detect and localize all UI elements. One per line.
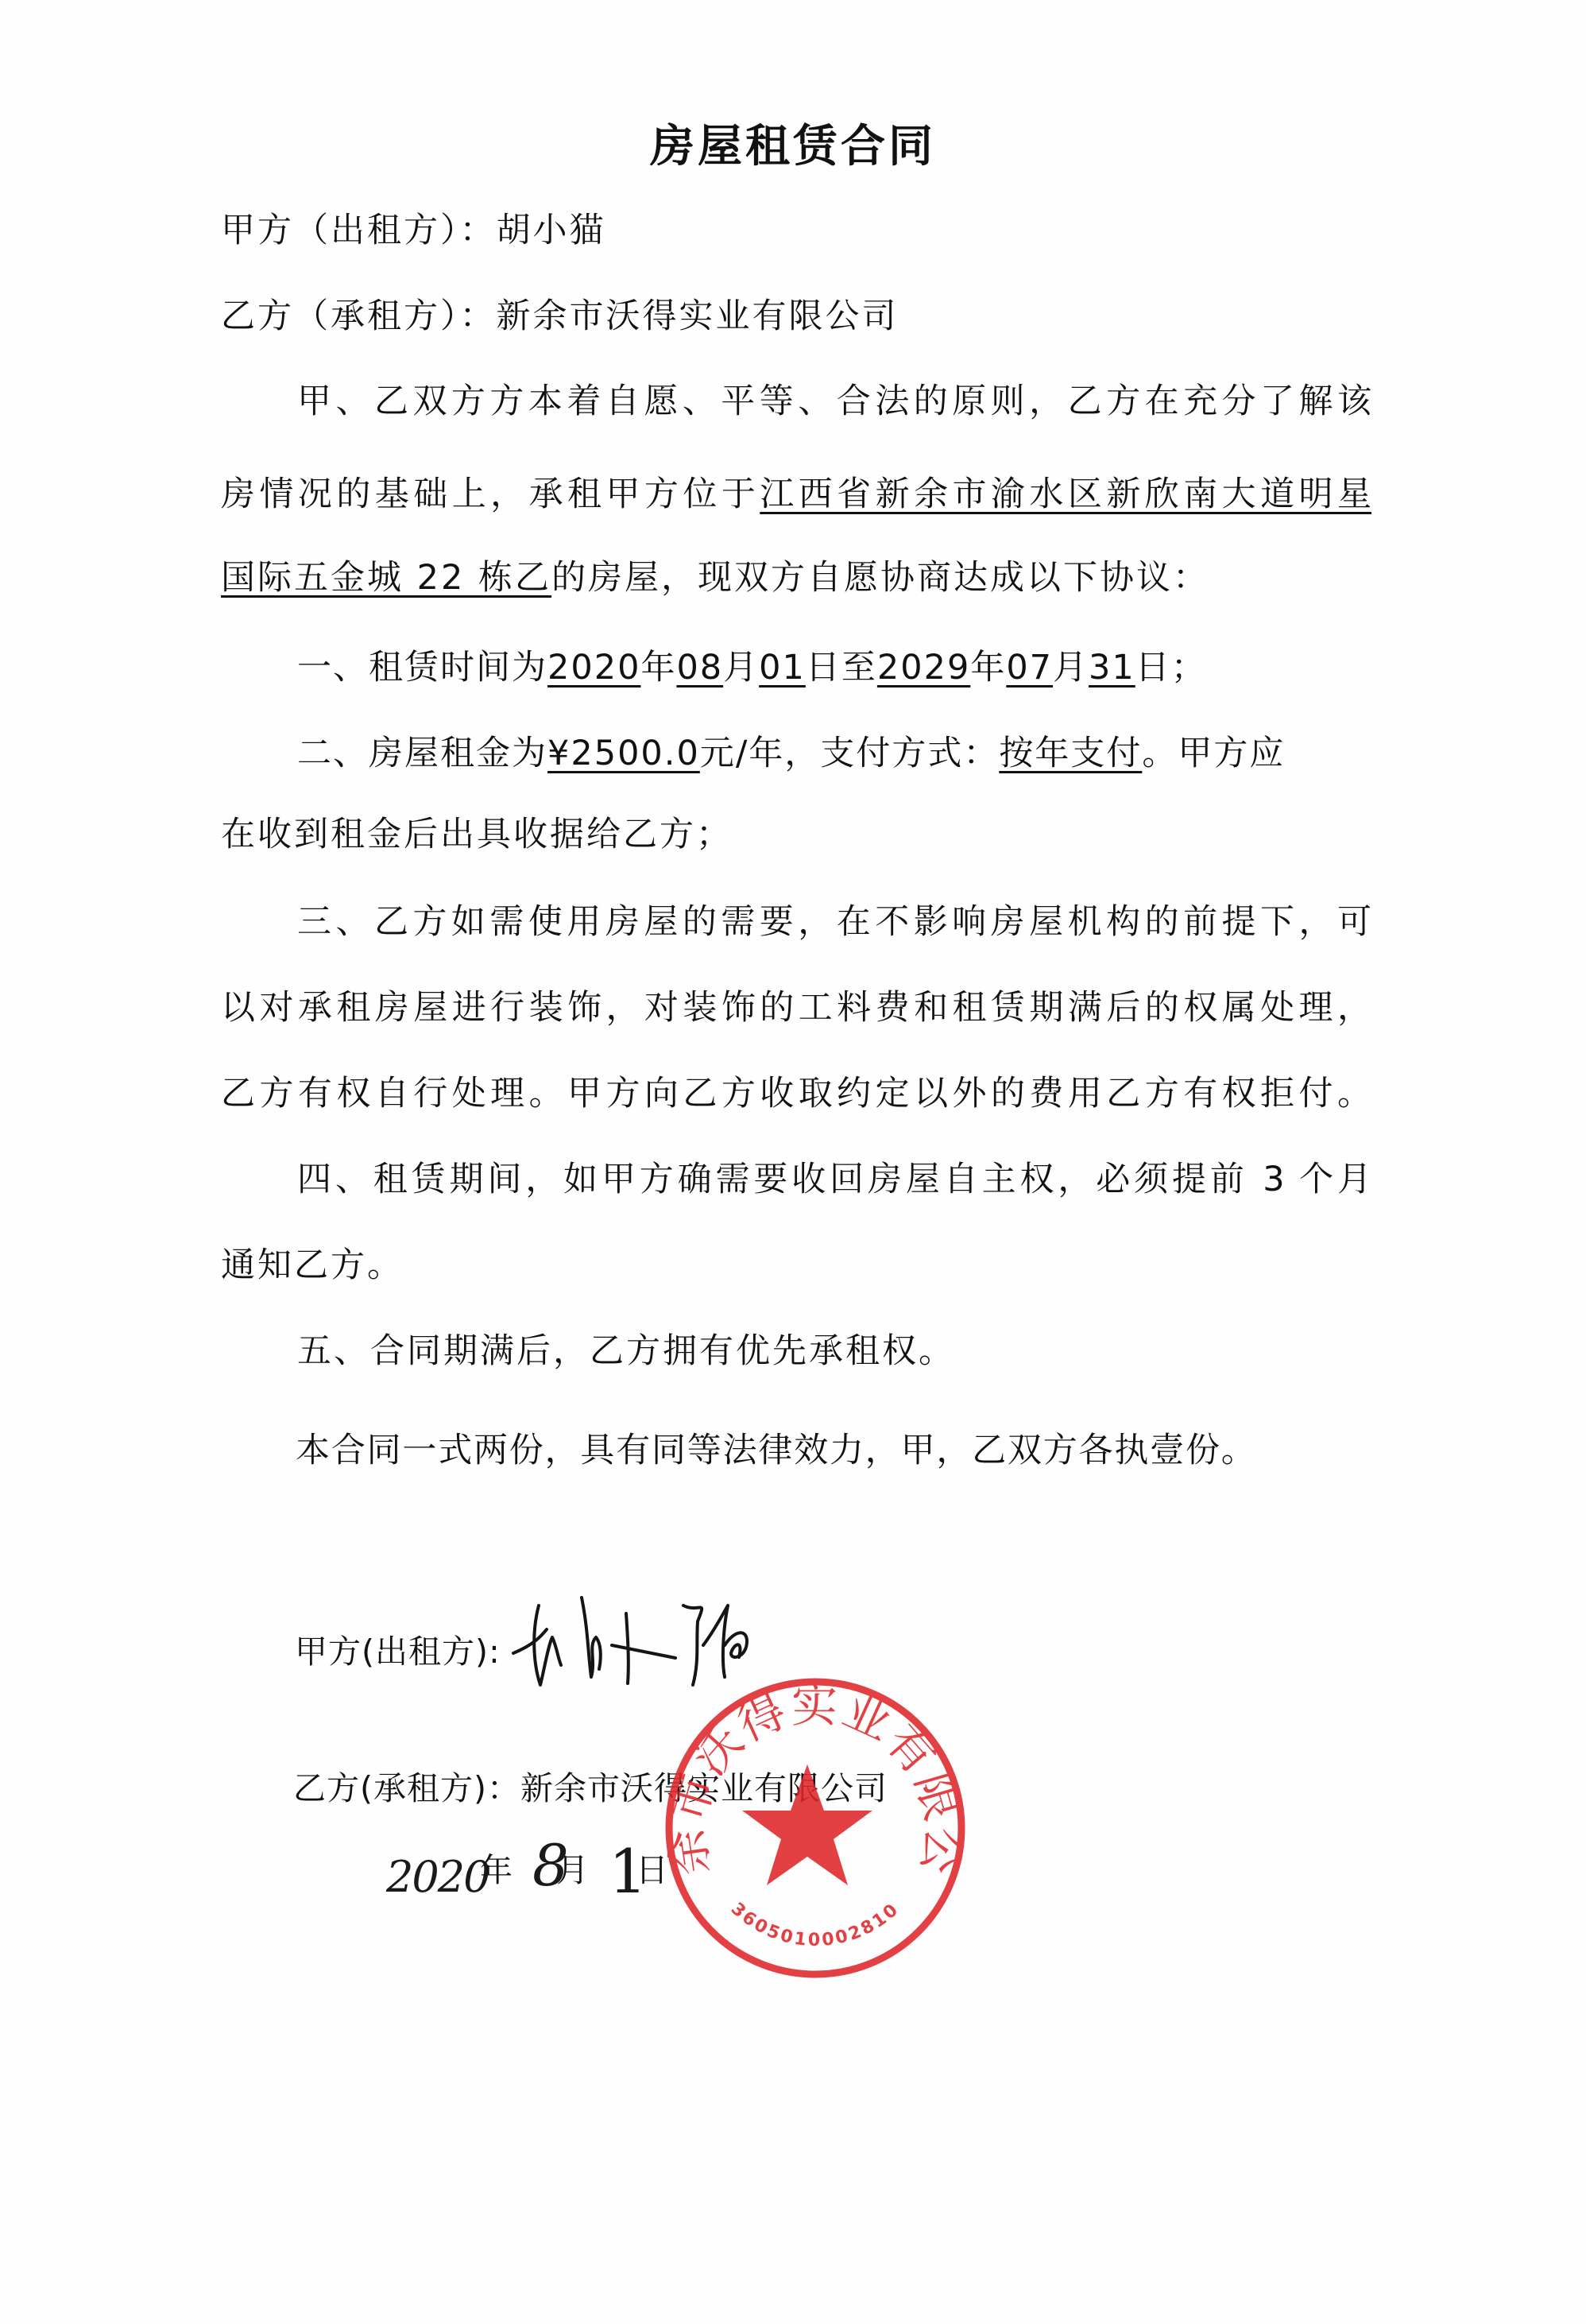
start-day: 01: [759, 648, 806, 688]
stamp-serial-number: 3605010002810: [727, 1899, 903, 1950]
clause-text: 年: [970, 648, 1006, 688]
property-address-part-2: 国际五金城 22 栋乙: [221, 558, 551, 598]
clause-2-line-2: 在收到租金后出具收据给乙方；: [221, 812, 733, 857]
clause-2-rent: 二、房屋租金为¥2500.0元/年，支付方式：按年支付。甲方应: [297, 731, 1285, 776]
clause-3-line-2: 以对承租房屋进行装饰，对装饰的工料费和租赁期满后的权属处理，: [221, 986, 1371, 1030]
party-a-name: 胡小猫: [497, 211, 606, 250]
clause-3-line-3: 乙方有权自行处理。甲方向乙方收取约定以外的费用乙方有权拒付。: [221, 1071, 1371, 1116]
start-month: 08: [676, 648, 723, 688]
clause-text: 日；: [1135, 648, 1207, 688]
party-b-name: 新余市沃得实业有限公司: [497, 296, 899, 336]
date-year-label: 年: [480, 1848, 515, 1892]
contract-page: 房屋租赁合同 甲方（出租方）：胡小猫 乙方（承租方）：新余市沃得实业有限公司 甲…: [0, 0, 1586, 2324]
rent-amount: ¥2500.0: [547, 734, 700, 773]
preamble-text: 的房屋，现双方自愿协商达成以下协议：: [551, 558, 1209, 598]
date-year-handwritten: 2020: [386, 1852, 489, 1902]
payment-method: 按年支付: [999, 734, 1142, 773]
preamble-text: 房情况的基础上，承租甲方位于: [221, 474, 760, 514]
party-a-line: 甲方（出租方）：胡小猫: [221, 208, 606, 253]
preamble-line-1: 甲、乙双方方本着自愿、平等、合法的原则，乙方在充分了解该: [297, 379, 1371, 424]
end-month: 07: [1006, 648, 1053, 688]
party-b-label: 乙方（承租方）：: [221, 296, 497, 336]
preamble-line-3: 国际五金城 22 栋乙的房屋，现双方自愿协商达成以下协议：: [221, 556, 1209, 600]
party-b-signature-label: 乙方(承租方)：新余市沃得实业有限公司: [293, 1766, 888, 1811]
date-month-label: 月: [556, 1848, 591, 1892]
clause-text: 月: [723, 648, 759, 688]
closing-statement: 本合同一式两份，具有同等法律效力，甲，乙双方各执壹份。: [296, 1428, 1257, 1473]
clause-4-line-2: 通知乙方。: [221, 1243, 404, 1288]
date-day-label: 日: [636, 1848, 671, 1892]
clause-4-line-1: 四、租赁期间，如甲方确需要收回房屋自主权，必须提前 3 个月: [297, 1157, 1371, 1202]
clause-text: 年: [640, 648, 676, 688]
party-a-signature-text: 胡小猫: [509, 1582, 511, 1582]
party-a-signature-label: 甲方(出租方):: [295, 1629, 501, 1674]
clause-text: 月: [1053, 648, 1089, 688]
property-address-part-1: 江西省新余市渝水区新欣南大道明星: [760, 474, 1371, 514]
clause-text: 元/年，支付方式：: [700, 734, 1000, 773]
svg-text:3605010002810: 3605010002810: [727, 1899, 903, 1950]
party-b-line: 乙方（承租方）：新余市沃得实业有限公司: [221, 294, 899, 339]
party-a-handwritten-signature: 胡小猫: [509, 1582, 810, 1701]
clause-text: 一、租赁时间为: [297, 648, 547, 688]
clause-text: 二、房屋租金为: [297, 734, 547, 773]
clause-1-lease-term: 一、租赁时间为2020年08月01日至2029年07月31日；: [297, 645, 1207, 690]
end-year: 2029: [877, 648, 970, 688]
party-a-label: 甲方（出租方）：: [221, 211, 497, 250]
end-day: 31: [1089, 648, 1135, 688]
preamble-line-2: 房情况的基础上，承租甲方位于江西省新余市渝水区新欣南大道明星: [221, 472, 1371, 517]
clause-text: 日至: [806, 648, 877, 688]
clause-3-line-1: 三、乙方如需使用房屋的需要，在不影响房屋机构的前提下，可: [297, 900, 1371, 944]
clause-text: 。甲方应: [1142, 734, 1285, 773]
document-title: 房屋租赁合同: [0, 121, 1586, 173]
company-seal-stamp: 新余市沃得实业有限公司 3605010002810: [663, 1675, 968, 1981]
clause-5: 五、合同期满后，乙方拥有优先承租权。: [297, 1329, 955, 1373]
start-year: 2020: [547, 648, 640, 688]
